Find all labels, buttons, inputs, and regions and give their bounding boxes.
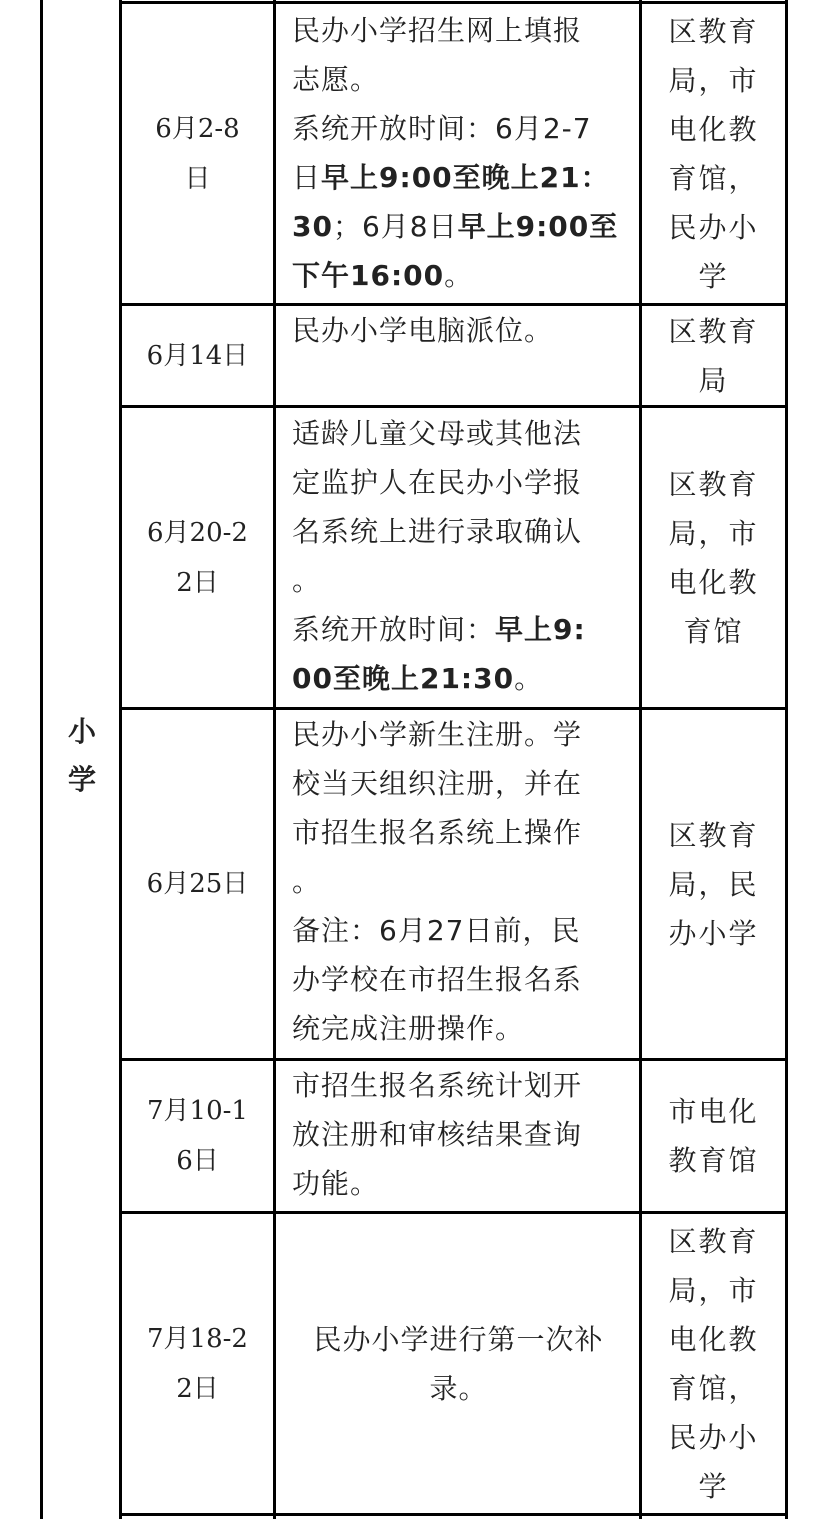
content-line: 录。	[292, 1364, 625, 1413]
department-line: 民办小	[668, 203, 758, 252]
content-line: 志愿。	[292, 55, 625, 104]
content-cell: 市招生报名系统计划开 放注册和审核结果查询 功能。	[276, 1061, 639, 1211]
department-line: 办小学	[668, 909, 758, 958]
content-line: 定监护人在民办小学报	[292, 458, 625, 507]
content-line: 名系统上进行录取确认	[292, 507, 625, 556]
category-label: 小 学	[44, 708, 120, 804]
department-line: 局，市	[668, 56, 758, 105]
content-line: 功能。	[292, 1159, 625, 1208]
department-line: 局，市	[668, 1266, 758, 1315]
date-cell: 6月20-2 2日	[122, 408, 273, 707]
department-cell: 区教育 局，民 办小学	[642, 710, 785, 1058]
content-line: 民办小学新生注册。学	[292, 710, 625, 759]
date-line: 7月18-2	[147, 1314, 248, 1364]
category-char: 学	[44, 756, 120, 804]
content-text: 民办小学新生注册。学 校当天组织注册，并在 市招生报名系统上操作 。 备注：6月…	[292, 710, 625, 1053]
department-line: 育馆，	[668, 154, 758, 203]
content-line: 市招生报名系统计划开	[292, 1061, 625, 1110]
department-line: 电化教	[668, 1315, 758, 1364]
department-line: 学	[668, 1462, 758, 1511]
content-line: 系统开放时间：6月2-7	[292, 104, 625, 153]
date-line: 6月20-2	[147, 508, 248, 558]
date-line: 6月14日	[147, 331, 249, 381]
date-line: 6月25日	[147, 859, 249, 909]
department-line: 局，民	[668, 860, 758, 909]
date-cell: 7月18-2 2日	[122, 1214, 273, 1513]
department-line: 学	[668, 252, 758, 301]
content-line: 办学校在市招生报名系	[292, 955, 625, 1004]
content-line: 日早上9:00至晚上21：	[292, 153, 625, 202]
content-cell: 民办小学新生注册。学 校当天组织注册，并在 市招生报名系统上操作 。 备注：6月…	[276, 710, 639, 1058]
content-text: 民办小学招生网上填报 志愿。 系统开放时间：6月2-7 日早上9:00至晚上21…	[292, 6, 625, 300]
department-line: 区教育	[668, 7, 758, 56]
department-cell: 区教育 局	[642, 306, 785, 405]
content-text: 市招生报名系统计划开 放注册和审核结果查询 功能。	[292, 1061, 625, 1208]
content-line: 。	[292, 857, 625, 906]
department-line: 电化教	[668, 558, 758, 607]
content-line: 校当天组织注册，并在	[292, 759, 625, 808]
schedule-table: 小 学 6月2-8 日 民办小学招生网上填报 志愿。 系统开放时间：6月2-7 …	[0, 0, 828, 1519]
category-char: 小	[44, 708, 120, 756]
department-line: 民办小	[668, 1413, 758, 1462]
department-cell: 区教育 局，市 电化教 育馆， 民办小 学	[642, 4, 785, 303]
date-cell: 6月25日	[122, 710, 273, 1058]
date-line: 日	[155, 154, 239, 204]
date-line: 2日	[147, 1364, 248, 1414]
content-text: 适龄儿童父母或其他法 定监护人在民办小学报 名系统上进行录取确认 。 系统开放时…	[292, 409, 625, 703]
content-line: 00至晚上21:30。	[292, 654, 625, 703]
department-line: 区教育	[668, 307, 758, 356]
date-cell: 6月14日	[122, 306, 273, 405]
content-line: 适龄儿童父母或其他法	[292, 409, 625, 458]
content-cell: 适龄儿童父母或其他法 定监护人在民办小学报 名系统上进行录取确认 。 系统开放时…	[276, 409, 639, 707]
content-line: 民办小学招生网上填报	[292, 6, 625, 55]
department-line: 市电化	[668, 1087, 758, 1136]
content-cell: 民办小学招生网上填报 志愿。 系统开放时间：6月2-7 日早上9:00至晚上21…	[276, 6, 639, 303]
content-line: 系统开放时间：早上9:	[292, 605, 625, 654]
table-border-right	[785, 0, 788, 1519]
department-line: 区教育	[668, 1217, 758, 1266]
department-cell: 区教育 局，市 电化教 育馆， 民办小 学	[642, 1214, 785, 1513]
content-text: 民办小学电脑派位。	[292, 306, 625, 355]
department-line: 局，市	[668, 509, 758, 558]
department-line: 电化教	[668, 105, 758, 154]
date-cell: 6月2-8 日	[122, 4, 273, 303]
content-cell: 民办小学进行第一次补 录。	[276, 1214, 639, 1513]
content-text: 民办小学进行第一次补 录。	[292, 1315, 625, 1413]
content-line: 30；6月8日早上9:00至	[292, 202, 625, 251]
date-line: 2日	[147, 558, 248, 608]
department-cell: 区教育 局，市 电化教 育馆	[642, 408, 785, 707]
table-border-left	[40, 0, 43, 1519]
date-line: 6日	[147, 1136, 248, 1186]
content-line: 。	[292, 556, 625, 605]
department-line: 局	[668, 356, 758, 405]
content-line: 下午16:00。	[292, 251, 625, 300]
content-cell: 民办小学电脑派位。	[276, 306, 639, 405]
date-line: 6月2-8	[155, 104, 239, 154]
content-line: 民办小学进行第一次补	[292, 1315, 625, 1364]
department-line: 区教育	[668, 460, 758, 509]
department-line: 育馆	[668, 607, 758, 656]
content-line: 放注册和审核结果查询	[292, 1110, 625, 1159]
department-line: 区教育	[668, 811, 758, 860]
content-line: 统完成注册操作。	[292, 1004, 625, 1053]
date-cell: 7月10-1 6日	[122, 1061, 273, 1211]
department-line: 育馆，	[668, 1364, 758, 1413]
content-line: 民办小学电脑派位。	[292, 306, 625, 355]
content-line: 市招生报名系统上操作	[292, 808, 625, 857]
content-line: 备注：6月27日前，民	[292, 906, 625, 955]
department-cell: 市电化 教育馆	[642, 1061, 785, 1211]
department-line: 教育馆	[668, 1136, 758, 1185]
date-line: 7月10-1	[147, 1086, 248, 1136]
row-divider	[119, 1513, 788, 1516]
